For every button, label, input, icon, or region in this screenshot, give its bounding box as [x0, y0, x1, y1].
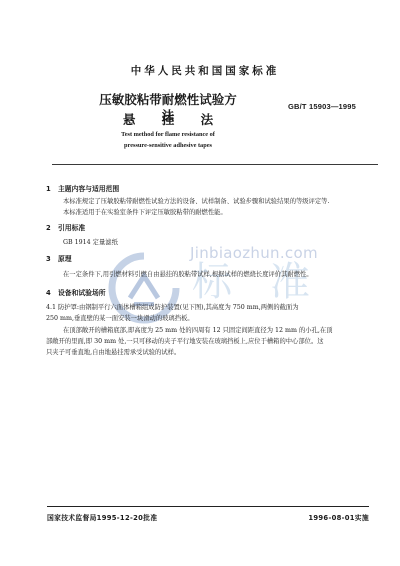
section-number: 4 — [46, 289, 58, 297]
paragraph: 4.1 防护罩:由钢制平行六面体槽箱组成防护装置(见下图),其高度为 750 m… — [46, 302, 299, 313]
national-standard-label: 中华人民共和国国家标准 — [0, 63, 400, 78]
section-number: 3 — [46, 255, 58, 263]
english-title-line: pressure-sensitive adhesive tapes — [98, 140, 238, 151]
subtitle-char: 悬 — [123, 110, 136, 128]
paragraph: 在顶部敞开的槽箱底部,即高度为 25 mm 处的四周有 12 只固定间距直径为 … — [63, 325, 332, 336]
document-subtitle: 悬 挂 法 — [98, 110, 238, 128]
subtitle-char: 法 — [201, 110, 214, 128]
section-heading-4: 4设备和试验场所 — [46, 287, 106, 297]
implementation-date: 1996-08-01实施 — [308, 512, 369, 522]
paragraph: GB 1914 定量滤纸 — [63, 237, 118, 248]
standard-number: GB/T 15903—1995 — [288, 102, 356, 111]
paragraph: 本标准适用于在实验室条件下评定压敏胶粘带的耐燃性能。 — [63, 207, 227, 218]
section-heading-1: 1主题内容与适用范围 — [46, 183, 119, 193]
section-heading-3: 3原理 — [46, 253, 72, 263]
paragraph: 在一定条件下,用引燃材料引燃自由悬挂的胶粘带试样,根据试样的燃烧长度评价其耐燃性… — [63, 269, 313, 280]
subtitle-char: 挂 — [162, 110, 175, 128]
paragraph: 部敞开的里面,即 30 mm 处,一只可移动的夹子平行地安装在玻璃挡板上,应位于… — [46, 336, 324, 347]
english-title-line: Test method for flame resistance of — [98, 129, 238, 140]
paragraph: 本标准规定了压敏胶粘带耐燃性试验方法的设备、试样制备、试验步骤和试验结果的等级评… — [63, 196, 329, 207]
section-title: 原理 — [58, 255, 72, 263]
approval-date: 国家技术监督局1995-12-20批准 — [47, 512, 157, 522]
section-number: 2 — [46, 224, 58, 232]
watermark-text: 标准 — [192, 262, 348, 302]
section-title: 主题内容与适用范围 — [58, 185, 119, 193]
section-number: 1 — [46, 185, 58, 193]
paragraph: 只夹子可垂直地,自由地悬挂需承受试验的试样。 — [46, 347, 180, 358]
footer-divider — [47, 506, 369, 507]
paragraph: 250 mm,垂直壁的某一面安装一块滑动的玻璃挡板。 — [46, 313, 194, 324]
header-divider — [52, 164, 378, 165]
section-heading-2: 2引用标准 — [46, 222, 85, 232]
section-title: 设备和试验场所 — [58, 289, 106, 297]
english-title: Test method for flame resistance of pres… — [98, 129, 238, 151]
section-title: 引用标准 — [58, 224, 85, 232]
